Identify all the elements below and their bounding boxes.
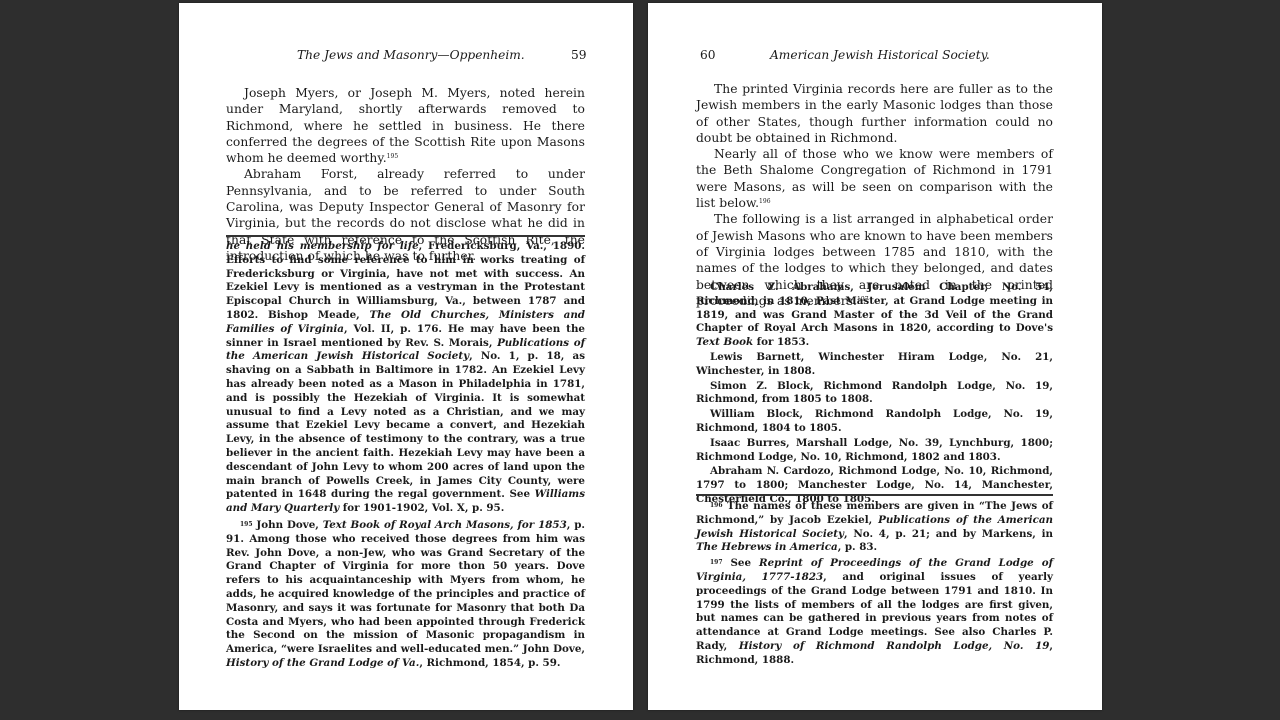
paragraph: Joseph Myers, or Joseph M. Myers, noted … bbox=[226, 85, 585, 166]
footnote-continued: he held his membership for life, Frederi… bbox=[226, 240, 585, 516]
footnote-divider bbox=[226, 235, 585, 237]
list-item: Lewis Barnett, Winchester Hiram Lodge, N… bbox=[696, 351, 1053, 379]
page-number: 60 bbox=[700, 48, 716, 62]
footnote-196: 196 The names of these members are given… bbox=[696, 500, 1053, 555]
body-text: The printed Virginia records here are fu… bbox=[696, 81, 1053, 309]
running-head: The Jews and Masonry—Oppenheim. bbox=[297, 48, 525, 62]
member-list: Charles Z. Abrahams, Jerusalem Chapter, … bbox=[696, 281, 1053, 508]
footnote-197: 197 See Reprint of Proceedings of the Gr… bbox=[696, 557, 1053, 667]
list-item: Isaac Burres, Marshall Lodge, No. 39, Ly… bbox=[696, 437, 1053, 465]
list-item: Charles Z. Abrahams, Jerusalem Chapter, … bbox=[696, 281, 1053, 350]
list-item: Simon Z. Block, Richmond Randolph Lodge,… bbox=[696, 380, 1053, 408]
left-page: The Jews and Masonry—Oppenheim. 59 Josep… bbox=[179, 3, 633, 710]
footnote-divider bbox=[696, 494, 1053, 496]
body-text: Joseph Myers, or Joseph M. Myers, noted … bbox=[226, 85, 585, 264]
footnote-ref[interactable]: 195 bbox=[387, 153, 399, 160]
footnote-195: 195 John Dove, Text Book of Royal Arch M… bbox=[226, 519, 585, 671]
page-number: 59 bbox=[571, 48, 587, 62]
paragraph: The printed Virginia records here are fu… bbox=[696, 81, 1053, 146]
footnotes: he held his membership for life, Frederi… bbox=[226, 240, 585, 671]
list-item: William Block, Richmond Randolph Lodge, … bbox=[696, 408, 1053, 436]
paragraph: Nearly all of those who we know were mem… bbox=[696, 146, 1053, 211]
footnotes: 196 The names of these members are given… bbox=[696, 500, 1053, 668]
running-head: American Jewish Historical Society. bbox=[770, 48, 990, 62]
right-page: 60 American Jewish Historical Society. T… bbox=[648, 3, 1102, 710]
footnote-ref[interactable]: 196 bbox=[759, 198, 771, 205]
